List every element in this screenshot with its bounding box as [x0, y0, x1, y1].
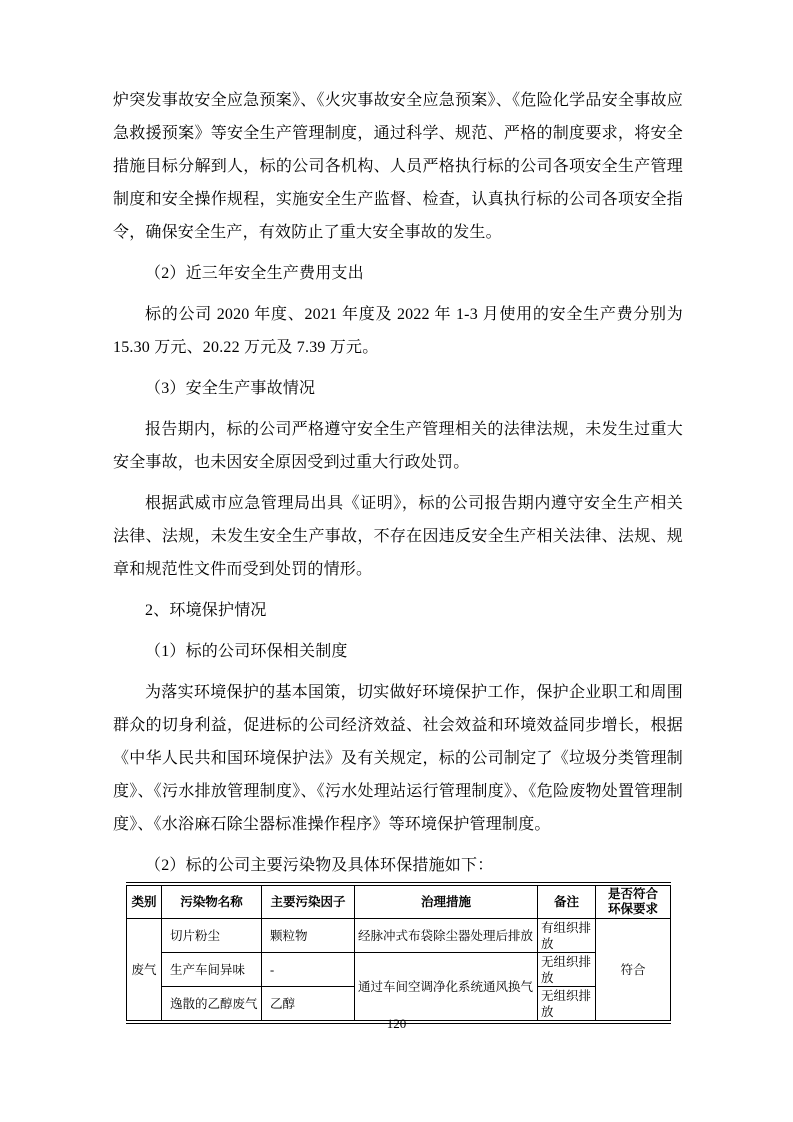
paragraph-certificate: 根据武威市应急管理局出具《证明》，标的公司报告期内遵守安全生产相关法律、法规，未… [113, 487, 683, 586]
cell-pollutant-1: 生产车间异味 [162, 953, 262, 987]
cell-factor-1: - [262, 953, 355, 987]
table-row: 生产车间异味 - 通过车间空调净化系统通风换气 无组织排放 [127, 953, 671, 987]
paragraph-safety-accident: 报告期内，标的公司严格遵守安全生产管理相关的法律法规，未发生过重大安全事故，也未… [113, 413, 683, 479]
page-content: 炉突发事故安全应急预案》、《火灾事故安全应急预案》、《危险化学品安全事故应急救援… [113, 84, 683, 1024]
heading-pollutant-intro: （2）标的公司主要污染物及具体环保措施如下： [113, 849, 683, 882]
cell-note-1: 无组织排放 [538, 953, 596, 987]
header-category: 类别 [127, 884, 162, 919]
table-row: 废气 切片粉尘 颗粒物 经脉冲式布袋除尘器处理后排放 有组织排放 符合 [127, 919, 671, 953]
document-page: 炉突发事故安全应急预案》、《火灾事故安全应急预案》、《危险化学品安全事故应急救援… [0, 0, 793, 1122]
cell-category-waste-gas: 废气 [127, 919, 162, 1023]
cell-pollutant-0: 切片粉尘 [162, 919, 262, 953]
header-env-compliance: 是否符合环保要求 [596, 884, 671, 919]
cell-compliance: 符合 [596, 919, 671, 1023]
page-number: 120 [0, 1016, 793, 1032]
pollutant-table: 类别 污染物名称 主要污染因子 治理措施 备注 是否符合环保要求 废气 切片粉尘… [126, 882, 671, 1024]
paragraph-safety-systems: 炉突发事故安全应急预案》、《火灾事故安全应急预案》、《危险化学品安全事故应急救援… [113, 84, 683, 249]
cell-measure-1: 通过车间空调净化系统通风换气 [355, 953, 538, 1023]
header-note: 备注 [538, 884, 596, 919]
heading-environment-system: （1）标的公司环保相关制度 [113, 635, 683, 668]
pollutant-table-header-row: 类别 污染物名称 主要污染因子 治理措施 备注 是否符合环保要求 [127, 884, 671, 919]
paragraph-safety-fee: 标的公司 2020 年度、2021 年度及 2022 年 1-3 月使用的安全生… [113, 298, 683, 364]
heading-environment: 2、环境保护情况 [113, 594, 683, 627]
cell-measure-0: 经脉冲式布袋除尘器处理后排放 [355, 919, 538, 953]
header-main-factor: 主要污染因子 [262, 884, 355, 919]
header-treatment-measure: 治理措施 [355, 884, 538, 919]
cell-factor-0: 颗粒物 [262, 919, 355, 953]
heading-safety-fee: （2）近三年安全生产费用支出 [113, 257, 683, 290]
paragraph-environment-policy: 为落实环境保护的基本国策，切实做好环境保护工作，保护企业职工和周围群众的切身利益… [113, 676, 683, 841]
heading-safety-accident: （3）安全生产事故情况 [113, 372, 683, 405]
header-pollutant-name: 污染物名称 [162, 884, 262, 919]
cell-note-0: 有组织排放 [538, 919, 596, 953]
